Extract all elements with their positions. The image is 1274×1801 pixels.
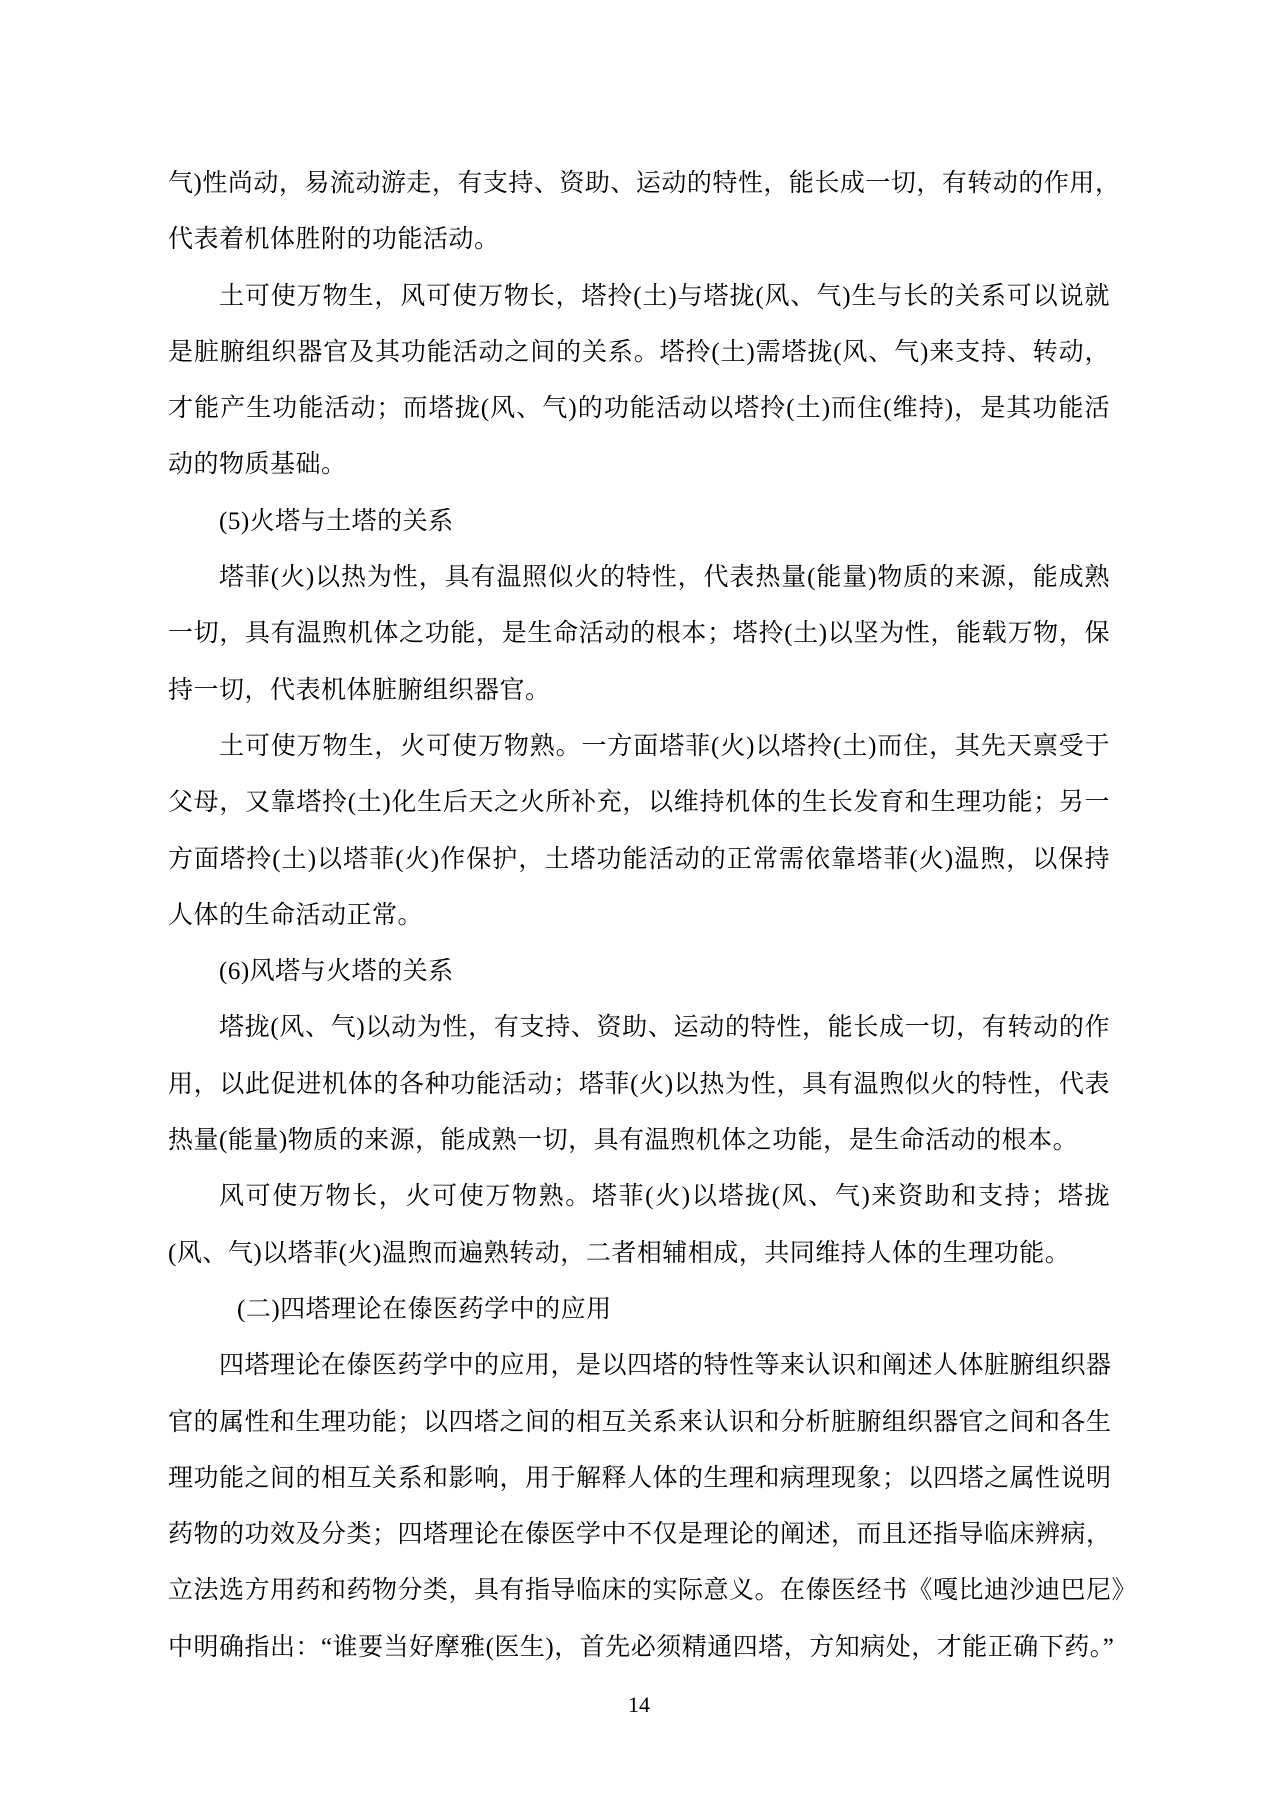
text-line: 方面塔拎(土)以塔菲(火)作保护，土塔功能活动的正常需依靠塔菲(火)温煦，以保持: [168, 832, 1110, 888]
page-number: 14: [168, 1690, 1110, 1720]
text-line: 土可使万物生，风可使万物长，塔拎(土)与塔拢(风、气)生与长的关系可以说就: [168, 269, 1110, 325]
text-line: 官的属性和生理功能；以四塔之间的相互关系来认识和分析脏腑组织器官之间和各生: [168, 1395, 1110, 1451]
text-line: 父母，又靠塔拎(土)化生后天之火所补充，以维持机体的生长发育和生理功能；另一: [168, 775, 1110, 831]
text-line: 中明确指出：“谁要当好摩雅(医生)，首先必须精通四塔，方知病处，才能正确下药。”: [168, 1620, 1110, 1676]
text-line: 用，以此促进机体的各种功能活动；塔菲(火)以热为性，具有温煦似火的特性，代表: [168, 1057, 1110, 1113]
text-line: 代表着机体胜附的功能活动。: [168, 212, 1110, 268]
text-line: 持一切，代表机体脏腑组织器官。: [168, 663, 1110, 719]
text-line: 药物的功效及分类；四塔理论在傣医学中不仅是理论的阐述，而且还指导临床辨病，: [168, 1507, 1110, 1563]
text-line: 四塔理论在傣医药学中的应用，是以四塔的特性等来认识和阐述人体脏腑组织器: [168, 1338, 1110, 1394]
text-line: 热量(能量)物质的来源，能成熟一切，具有温煦机体之功能，是生命活动的根本。: [168, 1113, 1110, 1169]
text-line: 风可使万物长，火可使万物熟。塔菲(火)以塔拢(风、气)来资助和支持；塔拢: [168, 1169, 1110, 1225]
text-line: 理功能之间的相互关系和影响，用于解释人体的生理和病理现象；以四塔之属性说明: [168, 1451, 1110, 1507]
text-line: 动的物质基础。: [168, 437, 1110, 493]
text-line: 塔拢(风、气)以动为性，有支持、资助、运动的特性，能长成一切，有转动的作: [168, 1000, 1110, 1056]
text-line: 是脏腑组织器官及其功能活动之间的关系。塔拎(土)需塔拢(风、气)来支持、转动，: [168, 325, 1110, 381]
text-line: 塔菲(火)以热为性，具有温照似火的特性，代表热量(能量)物质的来源，能成熟: [168, 550, 1110, 606]
text-line: (二)四塔理论在傣医药学中的应用: [168, 1282, 1110, 1338]
text-line: 立法选方用药和药物分类，具有指导临床的实际意义。在傣医经书《嘎比迪沙迪巴尼》: [168, 1563, 1110, 1619]
text-line: (6)风塔与火塔的关系: [168, 944, 1110, 1000]
text-line: 一切，具有温煦机体之功能，是生命活动的根本；塔拎(土)以坚为性，能载万物，保: [168, 606, 1110, 662]
text-line: 人体的生命活动正常。: [168, 888, 1110, 944]
text-line: (风、气)以塔菲(火)温煦而遍熟转动，二者相辅相成，共同维持人体的生理功能。: [168, 1226, 1110, 1282]
text-line: 才能产生功能活动；而塔拢(风、气)的功能活动以塔拎(土)而住(维持)，是其功能活: [168, 381, 1110, 437]
text-block: 气)性尚动，易流动游走，有支持、资助、运动的特性，能长成一切，有转动的作用，代表…: [168, 156, 1110, 1676]
document-page: 气)性尚动，易流动游走，有支持、资助、运动的特性，能长成一切，有转动的作用，代表…: [0, 0, 1274, 1801]
text-line: 土可使万物生，火可使万物熟。一方面塔菲(火)以塔拎(土)而住，其先天禀受于: [168, 719, 1110, 775]
text-line: 气)性尚动，易流动游走，有支持、资助、运动的特性，能长成一切，有转动的作用，: [168, 156, 1110, 212]
text-line: (5)火塔与土塔的关系: [168, 494, 1110, 550]
